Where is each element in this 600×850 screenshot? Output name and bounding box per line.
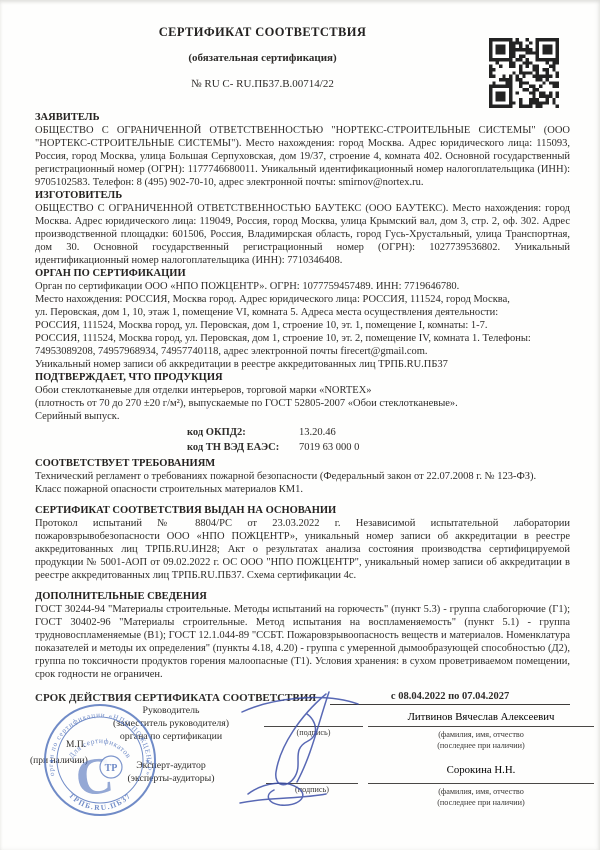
heading-manufacturer: ИЗГОТОВИТЕЛЬ: [35, 189, 570, 202]
heading-applicant: ЗАЯВИТЕЛЬ: [35, 111, 570, 124]
heading-requirements: СООТВЕТСТВУЕТ ТРЕБОВАНИЯМ: [35, 457, 570, 470]
tnved-value: 7019 63 000 0: [299, 441, 359, 456]
basis-text: Протокол испытаний № 8804/РС от 23.03.20…: [35, 517, 570, 582]
head-signature-stroke: [242, 698, 358, 712]
head-signature-flourish: [276, 694, 326, 785]
heading-basis: СЕРТИФИКАТ СООТВЕТСТВИЯ ВЫДАН НА ОСНОВАН…: [35, 504, 570, 517]
heading-additional-info: ДОПОЛНИТЕЛЬНЫЕ СВЕДЕНИЯ: [35, 590, 570, 603]
requirements-text: Технический регламент о требованиях пожа…: [35, 470, 570, 496]
product-line-3: Серийный выпуск.: [35, 410, 570, 423]
certificate-title: СЕРТИФИКАТ СООТВЕТСТВИЯ: [35, 26, 490, 39]
expert-signature-stroke: [248, 783, 303, 805]
signature-strokes: [228, 686, 408, 818]
certificate-content: СЕРТИФИКАТ СООТВЕТСТВИЯ (обязательная се…: [35, 26, 570, 705]
stamp-emblem-tr: ТР: [105, 763, 118, 774]
applicant-text: ОБЩЕСТВО С ОГРАНИЧЕННОЙ ОТВЕТСТВЕННОСТЬЮ…: [35, 124, 570, 189]
additional-info-text: ГОСТ 30244-94 "Материалы строительные. М…: [35, 603, 570, 681]
tnved-label: код ТН ВЭД ЕАЭС:: [187, 441, 299, 456]
heading-product: ПОДТВЕРЖДАЕТ, ЧТО ПРОДУКЦИЯ: [35, 371, 570, 384]
certificate-number: № RU C- RU.ПБ37.В.00714/22: [35, 78, 490, 91]
certification-body-text: Орган по сертификации ООО «НПО ПОЖЦЕНТР»…: [35, 280, 570, 371]
tnved-code-row: код ТН ВЭД ЕАЭС: 7019 63 000 0: [35, 441, 570, 456]
okpd2-label: код ОКПД2:: [187, 426, 299, 441]
manufacturer-text: ОБЩЕСТВО С ОГРАНИЧЕННОЙ ОТВЕТСТВЕННОСТЬЮ…: [35, 202, 570, 267]
certificate-subtitle: (обязательная сертификация): [35, 52, 490, 65]
certificate-header: СЕРТИФИКАТ СООТВЕТСТВИЯ (обязательная се…: [35, 26, 490, 91]
stamp-star-right: ★: [145, 758, 150, 765]
certificate-page: СЕРТИФИКАТ СООТВЕТСТВИЯ (обязательная се…: [0, 0, 600, 850]
okpd2-code-row: код ОКПД2: 13.20.46: [35, 426, 570, 441]
heading-certification-body: ОРГАН ПО СЕРТИФИКАЦИИ: [35, 267, 570, 280]
okpd2-value: 13.20.46: [299, 426, 336, 441]
certification-stamp: орган по сертификации «НПО ПОЖЦЕНТР» ТРП…: [40, 700, 160, 820]
product-line-2: (плотность от 70 до 270 ±20 г/м²), выпус…: [35, 397, 570, 410]
product-line-1: Обои стеклотканевые для отделки интерьер…: [35, 384, 570, 397]
stamp-star-left: ★: [49, 758, 54, 765]
expert-signature-tail: [240, 794, 326, 803]
